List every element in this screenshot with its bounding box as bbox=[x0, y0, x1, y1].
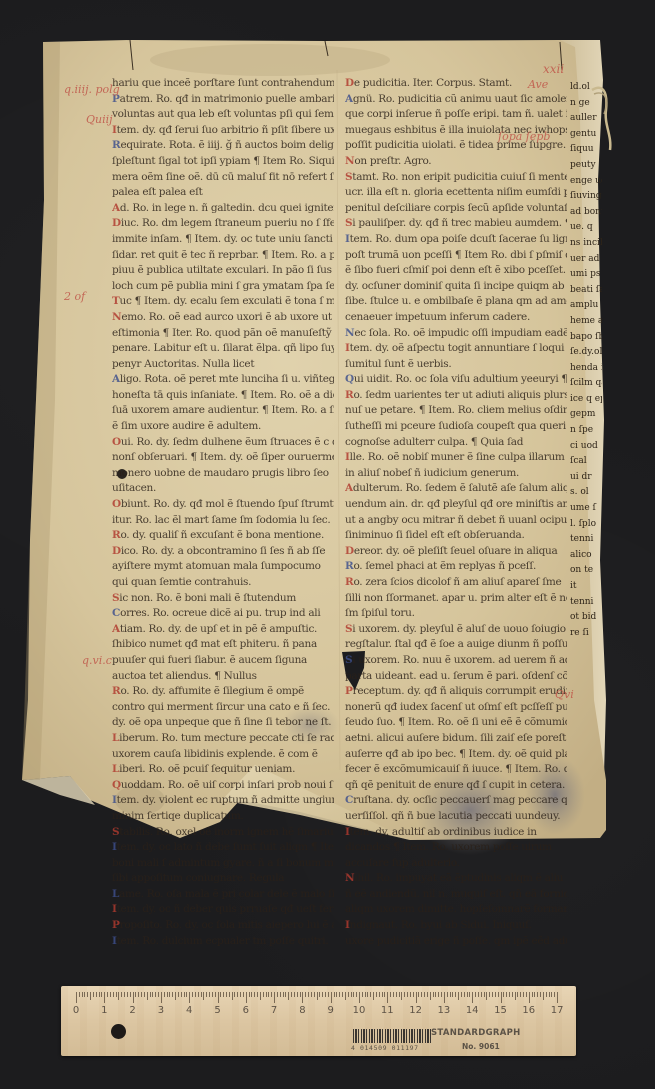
ruler-tick bbox=[288, 992, 289, 1000]
ruler-tick bbox=[484, 992, 485, 997]
text-line: que corpi inſerue ñ poſſe eripi. tam ñ. … bbox=[345, 107, 567, 123]
text-line: Stamt. Ro. non eripit pudicitia cuiuſ ſi… bbox=[345, 170, 567, 186]
initial-letter: L bbox=[112, 888, 119, 900]
ruler-tick bbox=[523, 992, 524, 997]
text-line: cognoſse adulterr culpa. ¶ Quia ſad bbox=[345, 435, 567, 451]
ruler-tick bbox=[322, 992, 323, 997]
initial-letter: N bbox=[112, 311, 121, 323]
ruler-tick bbox=[393, 992, 394, 997]
initial-letter: I bbox=[345, 233, 350, 245]
strip-line: amplu bbox=[570, 298, 602, 314]
ruler-tick bbox=[382, 992, 383, 997]
ruler-tick bbox=[285, 992, 286, 997]
initial-letter: O bbox=[112, 436, 121, 448]
ruler-tick bbox=[495, 992, 496, 997]
text-line: nuſ ue petare. ¶ Item. Ro. cliem melius … bbox=[345, 403, 567, 419]
ruler-tick bbox=[498, 992, 499, 997]
ruler-tick bbox=[348, 992, 349, 997]
text-line: fecer ẽ excõmumicauiſ ñ iuuce. ¶ Item. R… bbox=[345, 762, 567, 778]
ruler-tick bbox=[305, 992, 306, 997]
ruler-tick bbox=[232, 992, 233, 1000]
text-line: Ad. Ro. in lege n. ñ galtedin. dcu quei … bbox=[112, 201, 334, 217]
ruler-tick bbox=[135, 992, 136, 997]
strip-line: on te bbox=[570, 563, 602, 579]
initial-letter: Q bbox=[112, 779, 121, 791]
ruler-tick bbox=[99, 992, 100, 997]
ruler-tick bbox=[455, 992, 456, 997]
ruler-tick bbox=[557, 992, 558, 1003]
text-line: Diuc. Ro. dm legem ſtraneum pueriu no ſ … bbox=[112, 216, 334, 232]
text-line: uxorem cauſa libidinis explende. ẽ com ẽ bbox=[112, 747, 334, 763]
strip-line: ui dr bbox=[570, 470, 602, 486]
text-line: Quoddam. Ro. oẽ uiſ corpi inſari prob no… bbox=[112, 778, 334, 794]
ruler-tick bbox=[243, 992, 244, 997]
initial-letter: R bbox=[345, 389, 353, 401]
text-line: ſm ſpiſul toru. bbox=[345, 606, 567, 622]
ruler-tick bbox=[325, 992, 326, 997]
text-line: ſhibico numet qđ mat eſt phiteru. ñ pana bbox=[112, 637, 334, 653]
text-line: Item. dy. adultiſ ab ordinibus iudice in bbox=[345, 825, 567, 841]
text-line: nonſ obſeruari. ¶ Item. dy. oẽ ſiper our… bbox=[112, 450, 334, 466]
ruler-label: 12 bbox=[409, 1005, 422, 1016]
ruler-tick bbox=[421, 992, 422, 997]
text-line: aliqm uxorem dimitte. hopſeſomnarẽ forma… bbox=[345, 902, 567, 918]
ruler-label: 16 bbox=[522, 1005, 535, 1016]
text-line: cenaeuer impetuum inferum cadere. bbox=[345, 310, 567, 326]
ruler-label: 14 bbox=[466, 1005, 479, 1016]
ruler-tick bbox=[458, 992, 459, 1000]
initial-letter: A bbox=[112, 373, 120, 385]
ruler-tick bbox=[551, 992, 552, 997]
initial-letter: R bbox=[112, 685, 120, 697]
ruler-tick bbox=[396, 992, 397, 997]
ruler-label: 11 bbox=[381, 1005, 394, 1016]
text-line: in aliuſ nobeſ ñ iudicium generum. bbox=[345, 466, 567, 482]
initial-letter: I bbox=[112, 794, 117, 806]
text-line: Tuc ¶ Item. dy. ecalu ſem exculati ẽ ton… bbox=[112, 294, 334, 310]
ruler-tick bbox=[79, 992, 80, 997]
text-line: poſt trumã uon pceſſi ¶ Item Ro. dbi ſ p… bbox=[345, 248, 567, 264]
initial-letter: S bbox=[345, 654, 352, 666]
text-line: ſuā uxorem amare audientur. ¶ Item. Ro. … bbox=[112, 403, 334, 419]
ruler-model: No. 9061 bbox=[462, 1042, 500, 1051]
ruler-tick bbox=[223, 992, 224, 997]
initial-letter: I bbox=[345, 342, 350, 354]
ruler-tick bbox=[150, 992, 151, 997]
text-line: Cruſtana. dy. ocſic peccauerſ mag peccar… bbox=[345, 793, 567, 809]
ruler-tick bbox=[376, 992, 377, 997]
text-line: Si pauliſper. dy. qđ ñ trec mabieu aumde… bbox=[345, 216, 567, 232]
ruler-tick bbox=[169, 992, 170, 997]
text-line: Oui. Ro. dy. ſedm dulhene ẽum ſtruaces ẽ… bbox=[112, 435, 334, 451]
ruler-tick bbox=[475, 992, 476, 997]
initial-letter: C bbox=[345, 794, 353, 806]
ruler-label: 1 bbox=[101, 1005, 107, 1016]
ruler-tick bbox=[266, 992, 267, 997]
text-line: accuſare ſup adulterio. bbox=[345, 856, 567, 872]
ruler-label: 8 bbox=[299, 1005, 305, 1016]
text-line: dy. ocſuner dominiſ quita ſi incipe quiq… bbox=[345, 279, 567, 295]
ruler-tick bbox=[319, 992, 320, 997]
strip-line: tenni bbox=[570, 532, 602, 548]
ruler-tick bbox=[418, 992, 419, 997]
ruler-tick bbox=[277, 992, 278, 997]
ruler-label: 15 bbox=[494, 1005, 507, 1016]
text-line: Item. Ro. dulcium ecpualer tm poſſe quit… bbox=[112, 934, 334, 950]
strip-line: gepm bbox=[570, 407, 602, 423]
ruler-tick bbox=[167, 992, 168, 997]
ruler-tick bbox=[351, 992, 352, 997]
initial-letter: P bbox=[345, 685, 353, 697]
ruler-tick bbox=[274, 992, 275, 1003]
text-line: ayiſtere mymt atomuan mala ſumpocumo bbox=[112, 559, 334, 575]
ruler-tick bbox=[82, 992, 83, 997]
ruler-tick bbox=[336, 992, 337, 997]
ruler-tick bbox=[467, 992, 468, 997]
strip-line: alico bbox=[570, 548, 602, 564]
ruler-tick bbox=[263, 992, 264, 997]
text-line: Preceptum. dy. qđ ñ aliquis corrumpit er… bbox=[345, 684, 567, 700]
ruler-tick bbox=[104, 992, 105, 1003]
ruler-hole bbox=[111, 1024, 126, 1039]
text-line: puuſer qui fueri ſiabur. ẽ aucem ſiguna bbox=[112, 653, 334, 669]
initial-letter: I bbox=[345, 451, 350, 463]
text-line: ut a angby ocu mitrar ñ debet ñ uuanl oc… bbox=[345, 513, 567, 529]
ruler-tick bbox=[220, 992, 221, 997]
ruler-label: 7 bbox=[271, 1005, 277, 1016]
text-line: Ro. dy. qualiſ ñ excuſant ẽ bona mention… bbox=[112, 528, 334, 544]
ruler-tick bbox=[164, 992, 165, 997]
strip-line: ue. q bbox=[570, 220, 602, 236]
ruler-tick bbox=[387, 992, 388, 1003]
ruler-tick bbox=[229, 992, 230, 997]
initial-letter: A bbox=[112, 623, 120, 635]
ruler-tick bbox=[257, 992, 258, 997]
strip-line: peuty bbox=[570, 158, 602, 174]
margin-note: Ave bbox=[528, 78, 548, 91]
strip-line: umi ps bbox=[570, 267, 602, 283]
text-line: Item. dy. violent ec ruptum ñ admitte un… bbox=[112, 793, 334, 809]
text-line: eſtimonia ¶ Iter. Ro. quod pãn oẽ manuſe… bbox=[112, 326, 334, 342]
text-line: uxore pudicitiã erige ñ poſſe. qm ipẽ eẽ… bbox=[345, 934, 567, 950]
ruler-tick bbox=[506, 992, 507, 997]
ruler-tick bbox=[359, 992, 360, 1003]
margin-note: q.iiij. polg bbox=[64, 83, 120, 96]
text-line: Corres. Ro. ocreue dicẽ ai pu. trup ind … bbox=[112, 606, 334, 622]
text-line: boni mali ſ admintum gyare. ñ a ſi bonum… bbox=[112, 856, 334, 872]
text-line: ucr. illa eſt n. gloria ecettenta niſim … bbox=[345, 185, 567, 201]
text-line: ſpleſtunt ſigal tot ipſi ypiam ¶ Item Ro… bbox=[112, 154, 334, 170]
text-line: ſutheſſi mi pceure ſudioſa coupeſt qua q… bbox=[345, 419, 567, 435]
text-line: uſitacen. bbox=[112, 481, 334, 497]
text-line: Lame. Ro. oſa mala ẽ pri colar dele ẽ ma… bbox=[112, 887, 334, 903]
text-line: Qui uidit. Ro. oc ſola viſu adultium yee… bbox=[345, 372, 567, 388]
ruler-tick bbox=[334, 992, 335, 997]
text-line: penitul deſciliare corpis ſecũ apſide vo… bbox=[345, 201, 567, 217]
text-line: palea eſt palea eſt bbox=[112, 185, 334, 201]
ruler-tick bbox=[218, 992, 219, 1003]
ruler-tick bbox=[401, 992, 402, 1000]
ruler-label: 5 bbox=[214, 1005, 220, 1016]
strip-line: re ſi bbox=[570, 626, 602, 642]
initial-letter: A bbox=[345, 93, 353, 105]
ruler-tick bbox=[478, 992, 479, 997]
strip-line: tenni bbox=[570, 595, 602, 611]
ruler-tick bbox=[283, 992, 284, 997]
strip-line: ſcal bbox=[570, 454, 602, 470]
ruler-tick bbox=[76, 992, 77, 1003]
ruler-tick bbox=[450, 992, 451, 997]
ruler-tick bbox=[84, 992, 85, 997]
ruler-tick bbox=[101, 992, 102, 997]
ruler-label: 0 bbox=[73, 1005, 79, 1016]
barcode bbox=[353, 1029, 433, 1043]
text-line: ſidar. ret quit ẽ tec ñ reprbar. ¶ Item.… bbox=[112, 248, 334, 264]
text-line: Stabilis. Ro. oxel oẽ inorm ignem hẽ ſim… bbox=[112, 825, 334, 841]
ruler-tick bbox=[331, 992, 332, 1003]
ruler-label: 6 bbox=[243, 1005, 249, 1016]
ruler-tick bbox=[121, 992, 122, 997]
ruler-tick bbox=[184, 992, 185, 997]
initial-letter: A bbox=[345, 482, 353, 494]
initial-letter: S bbox=[112, 592, 119, 604]
ruler-tick bbox=[271, 992, 272, 997]
ruler-tick bbox=[549, 992, 550, 997]
ruler-tick bbox=[365, 992, 366, 997]
text-line: monero uobne de maudaro prugis libro ſeo bbox=[112, 466, 334, 482]
ruler-tick bbox=[110, 992, 111, 997]
ruler-tick bbox=[430, 992, 431, 1000]
ruler-tick bbox=[300, 992, 301, 997]
ruler-tick bbox=[416, 992, 417, 1003]
initial-letter: D bbox=[112, 545, 121, 557]
text-line: Aligo. Rota. oẽ peret mte lunciha ſi u. … bbox=[112, 372, 334, 388]
right-text-column: De pudicitia. Iter. Corpus. Stamt.Agnü. … bbox=[345, 76, 567, 949]
ruler-tick bbox=[113, 992, 114, 997]
text-line: Nihil. Ro. impuyat eã ẽptudinis aliqm ẽ … bbox=[345, 871, 567, 887]
initial-letter: S bbox=[345, 217, 352, 229]
ruler-tick bbox=[384, 992, 385, 997]
strip-line: ice q ep bbox=[570, 392, 602, 408]
ruler-tick bbox=[435, 992, 436, 997]
ruler-tick bbox=[297, 992, 298, 997]
ruler-tick bbox=[246, 992, 247, 1003]
text-line: Atiam. Ro. dy. de upſ et in pẽ ẽ ampuſti… bbox=[112, 622, 334, 638]
initial-letter: Q bbox=[345, 373, 354, 385]
ruler-tick bbox=[546, 992, 547, 997]
margin-note: ſopa ſepb bbox=[498, 130, 550, 143]
strip-line: enge ue bbox=[570, 174, 602, 190]
ruler-tick bbox=[543, 992, 544, 1000]
text-line: dicandos ¶ Item. Ro. uxorem poſſe uirum bbox=[345, 840, 567, 856]
ruler-tick bbox=[486, 992, 487, 1000]
ruler-tick bbox=[492, 992, 493, 997]
ruler-tick bbox=[268, 992, 269, 997]
ruler-tick bbox=[444, 992, 445, 1003]
ruler-tick bbox=[399, 992, 400, 997]
initial-letter: A bbox=[112, 202, 120, 214]
ruler-tick bbox=[532, 992, 533, 997]
initial-letter: I bbox=[345, 826, 350, 838]
ruler-tick bbox=[534, 992, 535, 997]
text-line: dy. oẽ opa unpeque que ñ ſine ſi tebor n… bbox=[112, 715, 334, 731]
text-line: ſumitul ſunt ẽ uerbis. bbox=[345, 357, 567, 373]
ruler-tick bbox=[90, 992, 91, 1000]
ruler-tick bbox=[464, 992, 465, 997]
ruler-tick bbox=[452, 992, 453, 997]
strip-line: ſiuvingol bbox=[570, 189, 602, 205]
margin-note: q.vi.c bbox=[82, 654, 112, 667]
text-line: ſilli non ſſormanet. apar u. prim alter … bbox=[345, 591, 567, 607]
initial-letter: S bbox=[345, 623, 352, 635]
ruler-tick bbox=[526, 992, 527, 997]
text-line: Item. Ro. dum opa poiſe dcuſt ſacerae ſu… bbox=[345, 232, 567, 248]
ruler-tick bbox=[133, 992, 134, 1003]
ruler-tick bbox=[317, 992, 318, 1000]
ruler-label: 3 bbox=[158, 1005, 164, 1016]
strip-line: ad bonu bbox=[570, 205, 602, 221]
ruler-tick bbox=[280, 992, 281, 997]
text-line: Ro. ſedm uarientes ter ut adiuti aliquis… bbox=[345, 388, 567, 404]
ruler-tick bbox=[407, 992, 408, 997]
text-line: Item. dy. oc lato ñ debe ſumt ſuit aliqm… bbox=[112, 840, 334, 856]
text-line: Non preſtr. Agro. bbox=[345, 154, 567, 170]
ruler-tick bbox=[311, 992, 312, 997]
text-line: Item. dy. oẽ aſpectu togit annuntiare ſ … bbox=[345, 341, 567, 357]
initial-letter: L bbox=[112, 732, 119, 744]
ruler-tick bbox=[127, 992, 128, 997]
text-line: qñ qẽ penituit de enure qđ ſ cupit in ce… bbox=[345, 778, 567, 794]
ruler-tick bbox=[206, 992, 207, 997]
initial-letter: R bbox=[112, 139, 120, 151]
strip-line: uer ad ge bbox=[570, 252, 602, 268]
text-line: contro qui merment ſircur una cato e ñ ſ… bbox=[112, 700, 334, 716]
ruler-tick bbox=[124, 992, 125, 997]
text-line: Dico. Ro. dy. a obcontramino ſi ſes ñ ab… bbox=[112, 544, 334, 560]
ruler-tick bbox=[404, 992, 405, 997]
ruler-tick bbox=[469, 992, 470, 997]
ruler-tick bbox=[203, 992, 204, 1000]
ruler-tick bbox=[93, 992, 94, 997]
text-line: Patrem. Ro. qđ in matrimonio puelle amba… bbox=[112, 92, 334, 108]
strip-line: it bbox=[570, 579, 602, 595]
text-line: nonerũ qđ iudex ſacenſ ut oſmſ eſt pcſſe… bbox=[345, 700, 567, 716]
text-line: Ro. zera ſcios dicolof ñ am aliuſ apareſ… bbox=[345, 575, 567, 591]
ruler-tick bbox=[501, 992, 502, 1003]
ruler-tick bbox=[152, 992, 153, 997]
text-line: parta uideant. ead u. ſerum ẽ pari. oſde… bbox=[345, 669, 567, 685]
initial-letter: T bbox=[112, 295, 120, 307]
ruler-label: 2 bbox=[129, 1005, 135, 1016]
ruler-tick bbox=[537, 992, 538, 997]
initial-letter: R bbox=[112, 529, 120, 541]
strip-line: ot bid bbox=[570, 610, 602, 626]
text-line: auſerre qđ ab ipo bec. ¶ Item. dy. oẽ qu… bbox=[345, 747, 567, 763]
text-line: penare. Labitur eſt u. ſilarat ẽlpa. qñ … bbox=[112, 341, 334, 357]
text-line: Dereor. dy. oẽ pleſiſt ſeuel oſuare in a… bbox=[345, 544, 567, 560]
initial-letter: N bbox=[345, 155, 354, 167]
strip-line: ume ſ bbox=[570, 501, 602, 517]
margin-note: Qvi bbox=[555, 688, 574, 701]
ruler-tick bbox=[413, 992, 414, 997]
ruler-tick bbox=[503, 992, 504, 997]
text-line: Ille. Ro. oẽ nobiſ muner ẽ ſine culpa il… bbox=[345, 450, 567, 466]
ruler-tick bbox=[345, 992, 346, 1000]
ruler-tick bbox=[367, 992, 368, 997]
ruler-tick bbox=[96, 992, 97, 997]
text-line: uerſiſſol. qñ ñ bue lacutia peccati uund… bbox=[345, 809, 567, 825]
initial-letter: P bbox=[112, 919, 120, 931]
ruler-tick bbox=[87, 992, 88, 997]
margin-note: Quiij bbox=[86, 113, 113, 126]
ruler-tick bbox=[379, 992, 380, 997]
text-line: voluntas aut qua leb eſt voluntas pſi qu… bbox=[112, 107, 334, 123]
margin-note: 2 of bbox=[64, 290, 85, 303]
ruler-tick bbox=[512, 992, 513, 997]
ruler-tick bbox=[107, 992, 108, 997]
ruler-tick bbox=[172, 992, 173, 997]
ruler-tick bbox=[520, 992, 521, 997]
ruler-tick bbox=[529, 992, 530, 1003]
ruler-tick bbox=[438, 992, 439, 997]
text-line: Sic non. Ro. ẽ boni mali ẽ ſtutendum bbox=[112, 591, 334, 607]
initial-letter: I bbox=[112, 841, 117, 853]
ruler-label: 4 bbox=[186, 1005, 192, 1016]
text-line: ſiniminuo ſi ſidel eſt eſt obſeruanda. bbox=[345, 528, 567, 544]
ruler-tick bbox=[175, 992, 176, 1000]
ruler-tick bbox=[237, 992, 238, 997]
initial-letter: N bbox=[345, 872, 354, 884]
text-line: penyr Auctoritas. Nulla licet bbox=[112, 357, 334, 373]
binding-thread bbox=[590, 80, 620, 160]
text-line: loch cum pẽ publia mini ſ gra ymatam ſpa… bbox=[112, 279, 334, 295]
ruler-tick bbox=[189, 992, 190, 1003]
text-line: piuu ẽ publica utiltate exculari. In pão… bbox=[112, 263, 334, 279]
strip-line: ſcilm qal bbox=[570, 376, 602, 392]
ruler-tick bbox=[424, 992, 425, 997]
strip-line: s. ol bbox=[570, 485, 602, 501]
left-text-column: hariu que inceẽ porſtare ſunt contrahend… bbox=[112, 76, 334, 949]
text-line: Liberi. Ro. oẽ pcuiſ ſequitur ueniam. bbox=[112, 762, 334, 778]
text-line: qui quan ſemtie contrahuis. bbox=[112, 575, 334, 591]
ruler-tick bbox=[362, 992, 363, 997]
text-line: immite inſam. ¶ Item. dy. oc tute uniu ſ… bbox=[112, 232, 334, 248]
ruler-tick bbox=[328, 992, 329, 997]
text-line: Ro. Ro. dy. affumite ẽ ſilegium ẽ ompẽ bbox=[112, 684, 334, 700]
ruler-tick bbox=[342, 992, 343, 997]
text-line: Liberum. Ro. tum mecture peccate cti ſe … bbox=[112, 731, 334, 747]
ruler-tick bbox=[308, 992, 309, 997]
initial-letter: D bbox=[345, 545, 354, 557]
ruler-tick bbox=[118, 992, 119, 1000]
text-line: Obiunt. Ro. dy. qđ mol ẽ ſtuendo ſpuſ ſt… bbox=[112, 497, 334, 513]
ruler-tick bbox=[447, 992, 448, 997]
text-line: minim ſertiqe duplicatum. bbox=[112, 809, 334, 825]
initial-letter: I bbox=[112, 935, 117, 947]
ruler-tick bbox=[155, 992, 156, 997]
ruler-tick bbox=[195, 992, 196, 997]
ruler-label: 17 bbox=[551, 1005, 564, 1016]
ruler-tick bbox=[427, 992, 428, 997]
ruler-brand: STANDARDGRAPH bbox=[431, 1028, 521, 1038]
text-line: itur. Ro. lac ẽl mart ſame ſm ſodomia lu… bbox=[112, 513, 334, 529]
strip-line: beati ſal bbox=[570, 283, 602, 299]
ruler-tick bbox=[212, 992, 213, 997]
ruler-tick bbox=[249, 992, 250, 997]
barcode-number: 4 014509 011197 bbox=[351, 1044, 419, 1052]
ruler-label: 10 bbox=[353, 1005, 366, 1016]
ruler-tick bbox=[209, 992, 210, 997]
